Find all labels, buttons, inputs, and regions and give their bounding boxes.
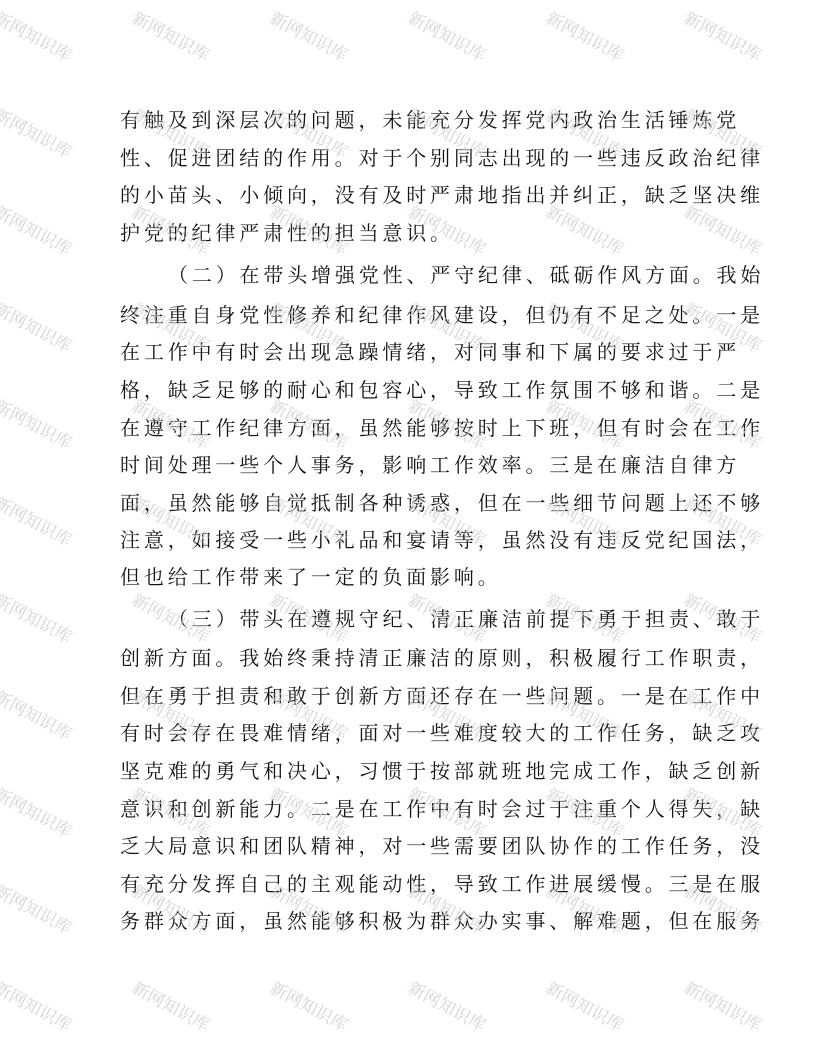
paragraph-2-line-4: 格，缺乏足够的耐心和包容心，导致工作氛围不够和谐。二是 — [120, 377, 764, 403]
paragraph-3-line-1: （三）带头在遵规守纪、清正廉洁前提下勇于担责、敢于 — [168, 606, 764, 632]
paragraph-3-line-5: 坚克难的勇气和决心，习惯于按部就班地完成工作，缺乏创新 — [120, 758, 764, 784]
watermark-text: 新网知识库 — [542, 974, 629, 1036]
watermark-text: 新网知识库 — [0, 101, 77, 163]
paragraph-3-line-8: 有充分发挥自己的主观能动性，导致工作进展缓慢。三是在服 — [120, 871, 764, 897]
watermark-text: 新网知识库 — [542, 4, 629, 66]
paragraph-1-line-2: 性、促进团结的作用。对于个别同志出现的一些违反政治纪律 — [120, 145, 764, 171]
watermark-text: 新网知识库 — [0, 198, 77, 260]
watermark-text: 新网知识库 — [0, 392, 77, 454]
watermark-text: 新网知识库 — [0, 683, 77, 745]
watermark-text: 新网知识库 — [0, 489, 77, 551]
paragraph-3-line-2: 创新方面。我始终秉持清正廉洁的原则，积极履行工作职责， — [120, 645, 764, 671]
paragraph-3-line-4: 有时会存在畏难情绪，面对一些难度较大的工作任务，缺乏攻 — [120, 720, 764, 746]
paragraph-2-line-8: 注意，如接受一些小礼品和宴请等，虽然没有违反党纪国法， — [120, 527, 764, 553]
paragraph-2-line-1: （二）在带头增强党性、严守纪律、砥砺作风方面。我始 — [168, 262, 764, 288]
paragraph-2-line-7: 面，虽然能够自觉抵制各种诱惑，但在一些细节问题上还不够 — [120, 490, 764, 516]
paragraph-1-line-1: 有触及到深层次的问题，未能充分发挥党内政治生活锤炼党 — [120, 107, 740, 133]
watermark-text: 新网知识库 — [128, 4, 215, 66]
paragraph-1-line-4: 护党的纪律严肃性的担当意识。 — [120, 220, 454, 246]
watermark-text: 新网知识库 — [0, 877, 77, 939]
document-page: 有触及到深层次的问题，未能充分发挥党内政治生活锤炼党 性、促进团结的作用。对于个… — [0, 0, 816, 1056]
watermark-text: 新网知识库 — [680, 4, 767, 66]
watermark-text: 新网知识库 — [0, 974, 77, 1036]
paragraph-1-line-3: 的小苗头、小倾向，没有及时严肃地指出并纠正，缺乏坚决维 — [120, 182, 764, 208]
watermark-text: 新网知识库 — [0, 295, 77, 357]
watermark-text: 新网知识库 — [0, 780, 77, 842]
watermark-text: 新网知识库 — [266, 974, 353, 1036]
paragraph-2-line-6: 时间处理一些个人事务，影响工作效率。三是在廉洁自律方 — [120, 452, 740, 478]
watermark-text: 新网知识库 — [404, 4, 491, 66]
paragraph-2-line-2: 终注重自身党性修养和纪律作风建设，但仍有不足之处。一是 — [120, 302, 764, 328]
paragraph-2-line-3: 在工作中有时会出现急躁情绪，对同事和下属的要求过于严 — [120, 339, 740, 365]
watermark-text: 新网知识库 — [0, 586, 77, 648]
paragraph-3-line-6: 意识和创新能力。二是在工作中有时会过于注重个人得失，缺 — [120, 796, 764, 822]
paragraph-2-line-5: 在遵守工作纪律方面，虽然能够按时上下班，但有时会在工作 — [120, 415, 764, 441]
watermark-text: 新网知识库 — [680, 974, 767, 1036]
watermark-text: 新网知识库 — [0, 4, 77, 66]
watermark-text: 新网知识库 — [128, 974, 215, 1036]
paragraph-2-line-9: 但也给工作带来了一定的负面影响。 — [120, 564, 502, 590]
watermark-text: 新网知识库 — [266, 4, 353, 66]
paragraph-3-line-7: 乏大局意识和团队精神，对一些需要团队协作的工作任务，没 — [120, 833, 764, 859]
paragraph-3-line-9: 务群众方面，虽然能够积极为群众办实事、解难题，但在服务 — [120, 908, 764, 934]
paragraph-3-line-3: 但在勇于担责和敢于创新方面还存在一些问题。一是在工作中 — [120, 683, 764, 709]
watermark-text: 新网知识库 — [404, 974, 491, 1036]
